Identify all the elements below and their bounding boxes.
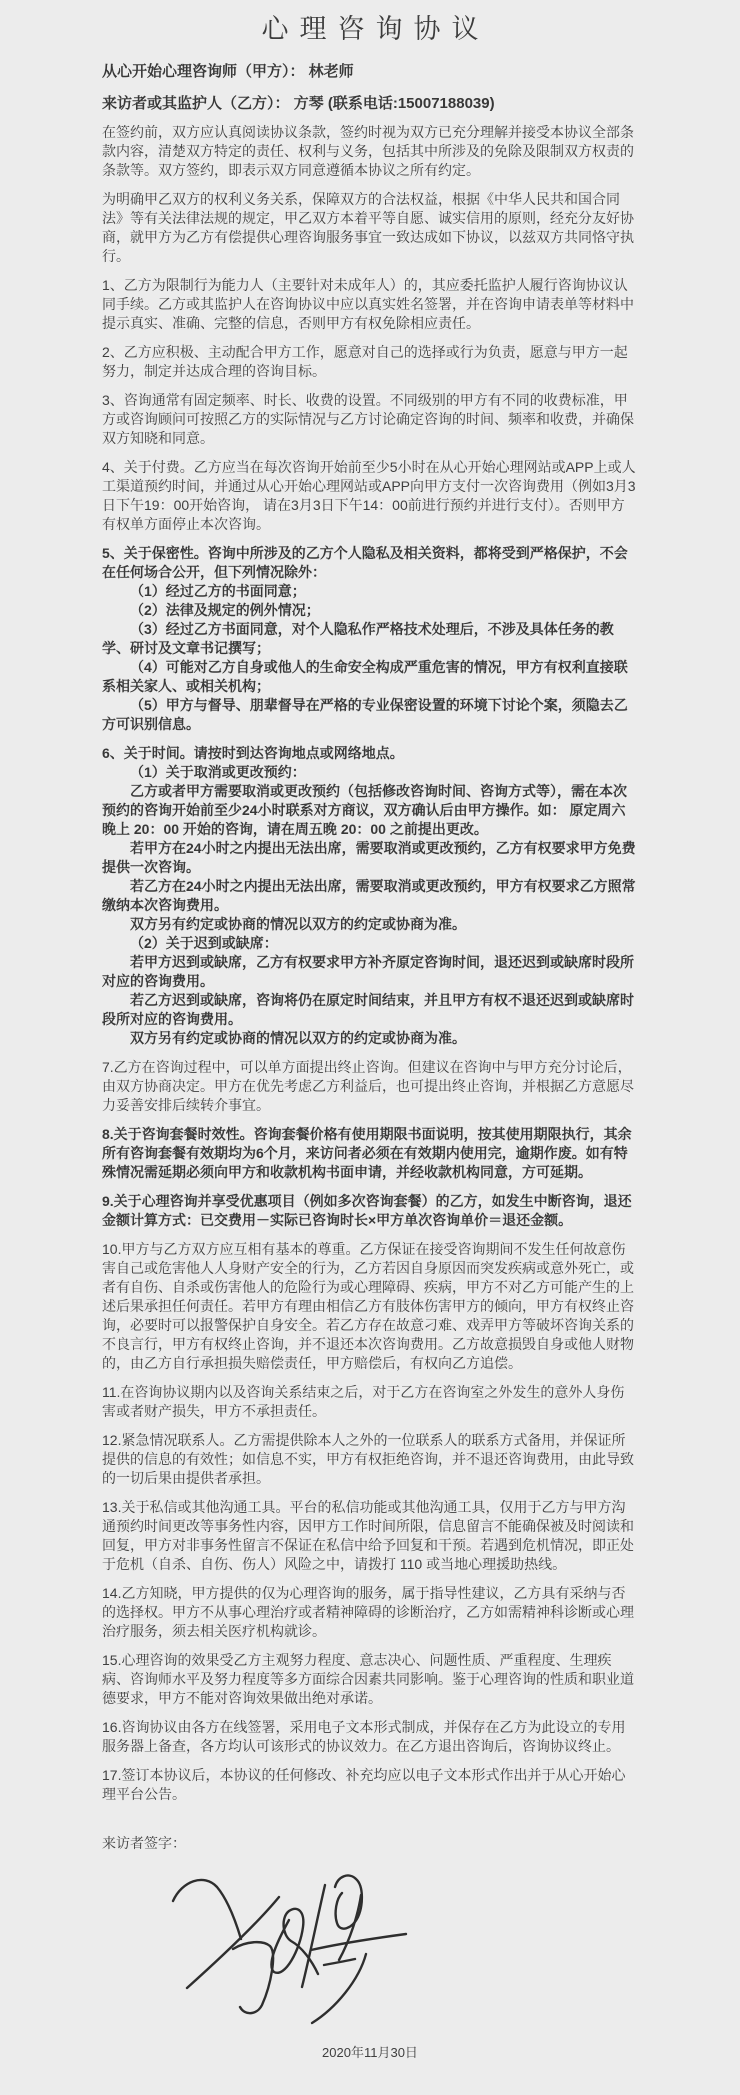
paragraph: 若甲方迟到或缺席，乙方有权要求甲方补齐原定咨询时间，退还迟到或缺席时段所对应的咨… <box>102 953 638 991</box>
paragraph: 5、关于保密性。咨询中所涉及的乙方个人隐私及相关资料，都将受到严格保护，不会在任… <box>102 544 638 582</box>
agreement-page: 心理咨询协议 从心开始心理咨询师（甲方）： 林老师来访者或其监护人（乙方）： 方… <box>0 0 740 2095</box>
paragraph: 1、乙方为限制行为能力人（主要针对未成年人）的，其应委托监护人履行咨询协议认同手… <box>102 276 638 333</box>
agreement-date: 2020年11月30日 <box>102 2043 638 2062</box>
paragraph: 15.心理咨询的效果受乙方主观努力程度、意志决心、问题性质、严重程度、生理疾病、… <box>102 1651 638 1708</box>
paragraph: （1）经过乙方的书面同意； <box>102 582 638 601</box>
paragraph: 13.关于私信或其他沟通工具。平台的私信功能或其他沟通工具，仅用于乙方与甲方沟通… <box>102 1498 638 1574</box>
paragraph: 7.乙方在咨询过程中，可以单方面提出终止咨询。但建议在咨询中与甲方充分讨论后，由… <box>102 1058 638 1115</box>
paragraph: 2、乙方应积极、主动配合甲方工作，愿意对自己的选择或行为负责，愿意与甲方一起努力… <box>102 343 638 381</box>
paragraph: 若乙方在24小时之内提出无法出席，需要取消或更改预约，甲方有权要求乙方照常缴纳本… <box>102 877 638 915</box>
paragraph: 若甲方在24小时之内提出无法出席，需要取消或更改预约，乙方有权要求甲方免费提供一… <box>102 839 638 877</box>
paragraph: 双方另有约定或协商的情况以双方的约定或协商为准。 <box>102 1029 638 1048</box>
paragraph: 16.咨询协议由各方在线签署，采用电子文本形式制成，并保存在乙方为此设立的专用服… <box>102 1718 638 1756</box>
paragraph: 乙方或者甲方需要取消或更改预约（包括修改咨询时间、咨询方式等），需在本次预约的咨… <box>102 782 638 839</box>
party-line: 来访者或其监护人（乙方）： 方琴 (联系电话:15007188039) <box>102 94 638 113</box>
paragraph: 12.紧急情况联系人。乙方需提供除本人之外的一位联系人的联系方式备用，并保证所提… <box>102 1431 638 1488</box>
paragraph: 为明确甲乙双方的权利义务关系，保障双方的合法权益，根据《中华人民共和国合同法》等… <box>102 190 638 266</box>
page-title: 心理咨询协议 <box>102 12 638 46</box>
paragraph: 10.甲方与乙方双方应互相有基本的尊重。乙方保证在接受咨询期间不发生任何故意伤害… <box>102 1240 638 1373</box>
paragraph: 17.签订本协议后，本协议的任何修改、补充均应以电子文本形式作出并于从心开始心理… <box>102 1766 638 1804</box>
paragraph: 8.关于咨询套餐时效性。咨询套餐价格有使用期限书面说明，按其使用期限执行，其余所… <box>102 1125 638 1182</box>
paragraph: 在签约前，双方应认真阅读协议条款，签约时视为双方已充分理解并接受本协议全部条款内… <box>102 123 638 180</box>
signature-image <box>160 1859 460 2027</box>
paragraph: 11.在咨询协议期内以及咨询关系结束之后，对于乙方在咨询室之外发生的意外人身伤害… <box>102 1383 638 1421</box>
paragraph: 14.乙方知晓，甲方提供的仅为心理咨询的服务，属于指导性建议，乙方具有采纳与否的… <box>102 1584 638 1641</box>
paragraph: 若乙方迟到或缺席，咨询将仍在原定时间结束，并且甲方有权不退还迟到或缺席时段所对应… <box>102 991 638 1029</box>
party-line: 从心开始心理咨询师（甲方）： 林老师 <box>102 62 638 81</box>
paragraph: （4）可能对乙方自身或他人的生命安全构成严重危害的情况，甲方有权利直接联系相关家… <box>102 658 638 696</box>
paragraph: 6、关于时间。请按时到达咨询地点或网络地点。 <box>102 744 638 763</box>
paragraph: （2）法律及规定的例外情况； <box>102 601 638 620</box>
paragraph: （3）经过乙方书面同意，对个人隐私作严格技术处理后，不涉及具体任务的教学、研讨及… <box>102 620 638 658</box>
paragraph: 双方另有约定或协商的情况以双方的约定或协商为准。 <box>102 915 638 934</box>
paragraph: （2）关于迟到或缺席： <box>102 934 638 953</box>
agreement-body: 从心开始心理咨询师（甲方）： 林老师来访者或其监护人（乙方）： 方琴 (联系电话… <box>102 62 638 1804</box>
paragraph: （5）甲方与督导、朋辈督导在严格的专业保密设置的环境下讨论个案，须隐去乙方可识别… <box>102 696 638 734</box>
paragraph: 4、关于付费。乙方应当在每次咨询开始前至少5小时在从心开始心理网站或APP上或人… <box>102 458 638 534</box>
paragraph: （1）关于取消或更改预约： <box>102 763 638 782</box>
paragraph: 9.关于心理咨询并享受优惠项目（例如多次咨询套餐）的乙方，如发生中断咨询，退还金… <box>102 1192 638 1230</box>
signature-area <box>160 1859 638 2027</box>
paragraph: 3、咨询通常有固定频率、时长、收费的设置。不同级别的甲方有不同的收费标准，甲方或… <box>102 391 638 448</box>
signature-label: 来访者签字： <box>102 1834 638 1853</box>
agreement-content: 心理咨询协议 从心开始心理咨询师（甲方）： 林老师来访者或其监护人（乙方）： 方… <box>102 12 638 2062</box>
